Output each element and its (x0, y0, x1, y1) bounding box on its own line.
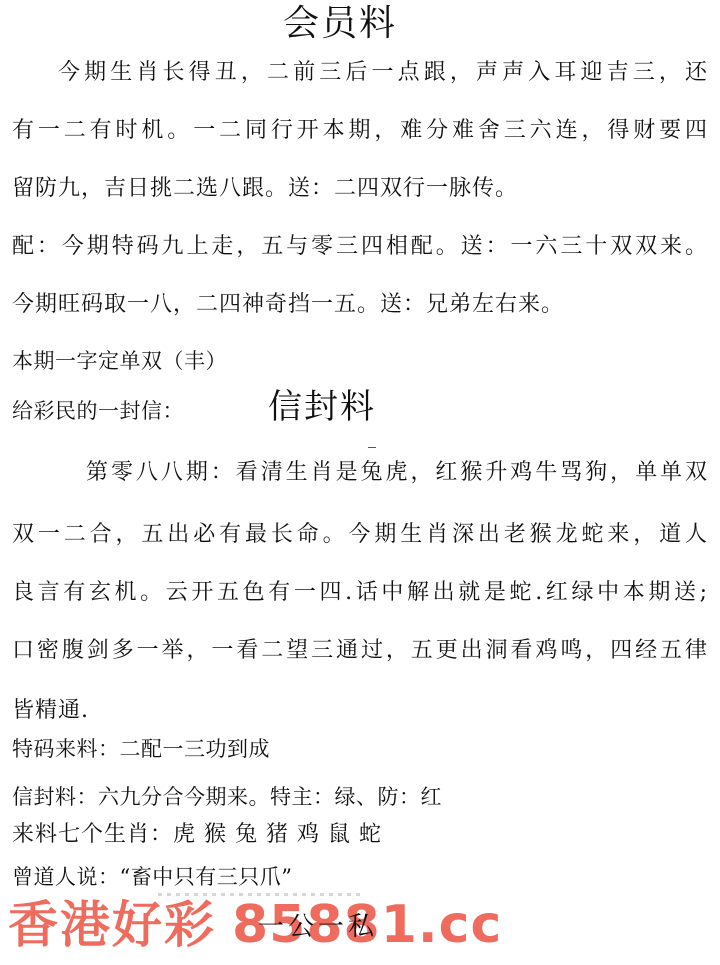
letter-line-3: 良言有玄机。云开五色有一四.话中解出就是蛇.红绿中本期送; (12, 578, 708, 608)
main-title: 会员料 (283, 2, 397, 46)
member-line-2: 有一二有时机。一二同行开本期，难分难舍三六连，得财要四 (12, 116, 708, 146)
envelope-line: 信封料：六九分合今期来。特主：绿、防：红 (12, 782, 442, 812)
member-line-4: 配：今期特码九上走，五与零三四相配。送：一六三十双双来。 (12, 232, 708, 262)
letter-line-4: 口密腹剑多一举，一看二望三通过，五更出洞看鸡鸣，四经五律 (12, 636, 708, 666)
watermark-site-name: 香港好彩 (8, 895, 216, 955)
member-line-5: 今期旺码取一八，二四神奇挡一五。送：兄弟左右来。 (12, 290, 564, 320)
letter-line-2: 双一二合，五出必有最长命。今期生肖深出老猴龙蛇来，道人 (12, 520, 708, 550)
letter-line-5: 皆精通. (12, 696, 89, 726)
section-title: 信封料 (268, 385, 376, 429)
document-page: 会员料 今期生肖长得丑，二前三后一点跟，声声入耳迎吉三，还 有一二有时机。一二同… (0, 0, 720, 965)
quote-line: 曾道人说：“畜中只有三只爪” (12, 862, 292, 892)
letter-line-1: 第零八八期：看清生肖是兔虎，红猴升鸡牛骂狗，单单双 (86, 458, 708, 488)
signature: 一公一私 (258, 912, 378, 942)
single-double-hint: 本期一字定单双（丰） (12, 346, 227, 376)
special-code-line: 特码来料：二配一三功到成 (12, 734, 270, 764)
member-line-1: 今期生肖长得丑，二前三后一点跟，声声入耳迎吉三，还 (58, 58, 708, 88)
scan-mark (368, 447, 376, 448)
letter-label: 给彩民的一封信： (12, 396, 184, 426)
member-line-3: 留防九，吉日挑二选八跟。送：二四双行一脉传。 (12, 174, 518, 204)
zodiac-line: 来料七个生肖：虎 猴 兔 猪 鸡 鼠 蛇 (12, 820, 382, 850)
